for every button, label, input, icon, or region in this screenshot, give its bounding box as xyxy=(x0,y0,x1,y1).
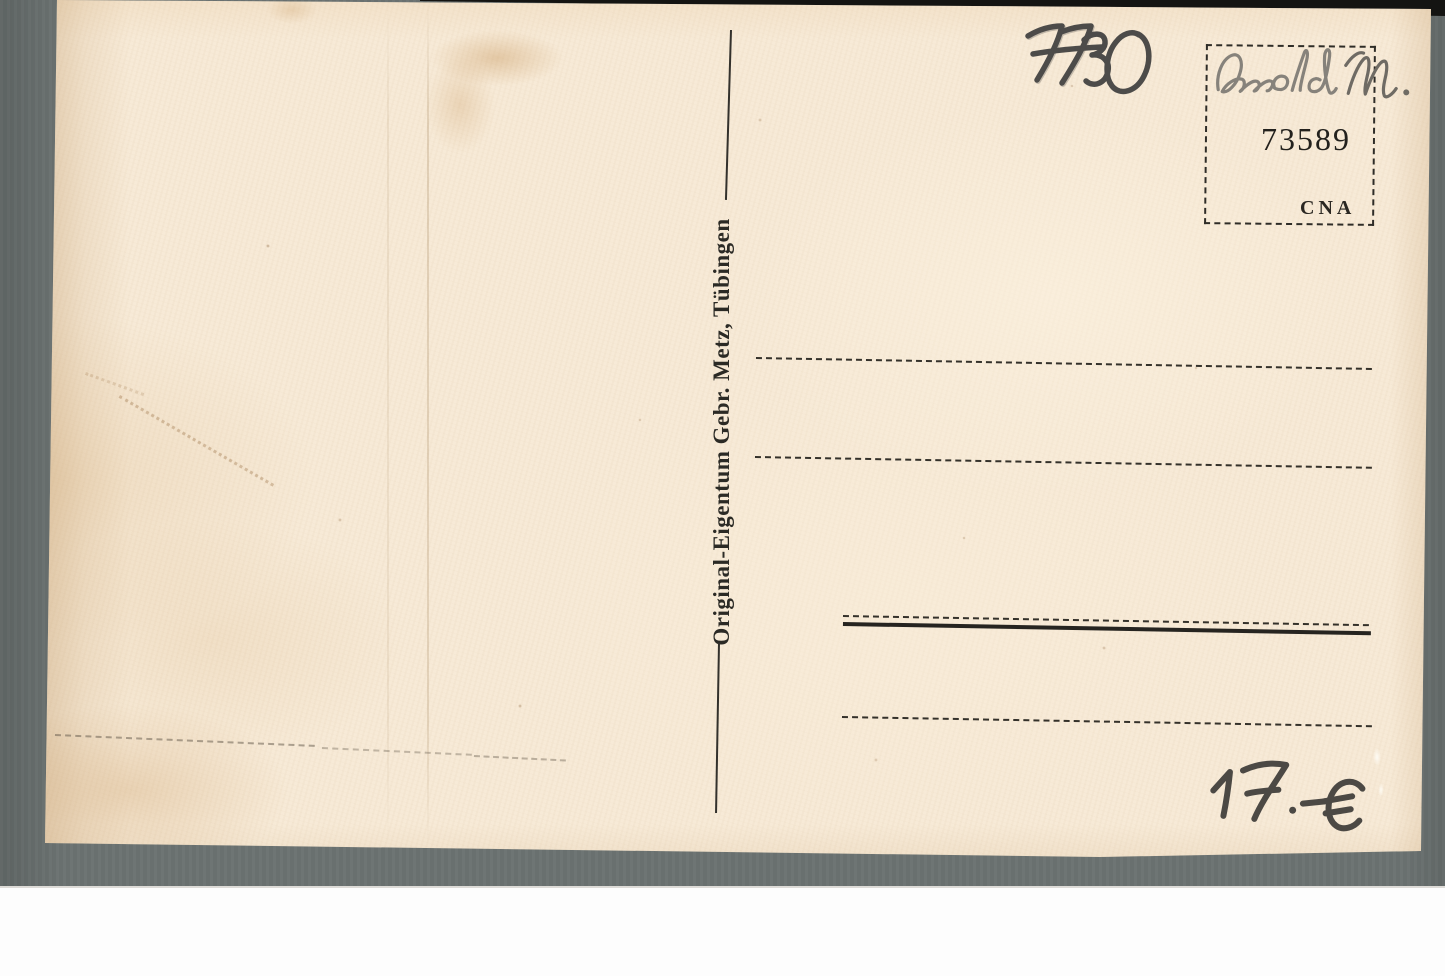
stamp-box-number: 73589 xyxy=(1256,123,1356,155)
postcard-back: Original-Eigentum Gebr. Metz, Tübingen 7… xyxy=(0,0,1445,884)
scuff-mark xyxy=(474,755,566,761)
pencil-collector-name xyxy=(1207,40,1418,116)
stain-streak xyxy=(85,372,144,396)
publisher-imprint: Original-Eigentum Gebr. Metz, Tübingen xyxy=(709,217,735,647)
scuff-mark xyxy=(322,747,472,756)
scanned-postcard-back: Original-Eigentum Gebr. Metz, Tübingen 7… xyxy=(0,0,1445,976)
address-line-1 xyxy=(756,357,1372,370)
pencil-price xyxy=(1194,749,1377,851)
pencil-number-7730 xyxy=(1018,16,1158,108)
stain-streak xyxy=(119,395,275,487)
page-margin-below-scan xyxy=(0,886,1445,976)
stamp-box-initials: CNA xyxy=(1300,198,1355,218)
scuff-mark xyxy=(55,734,315,747)
crease-line xyxy=(387,0,389,845)
crease-line xyxy=(427,0,429,845)
address-line-4 xyxy=(842,716,1372,727)
address-line-2 xyxy=(755,456,1372,469)
divider-line-lower xyxy=(715,643,720,813)
divider-line-upper xyxy=(725,30,732,200)
